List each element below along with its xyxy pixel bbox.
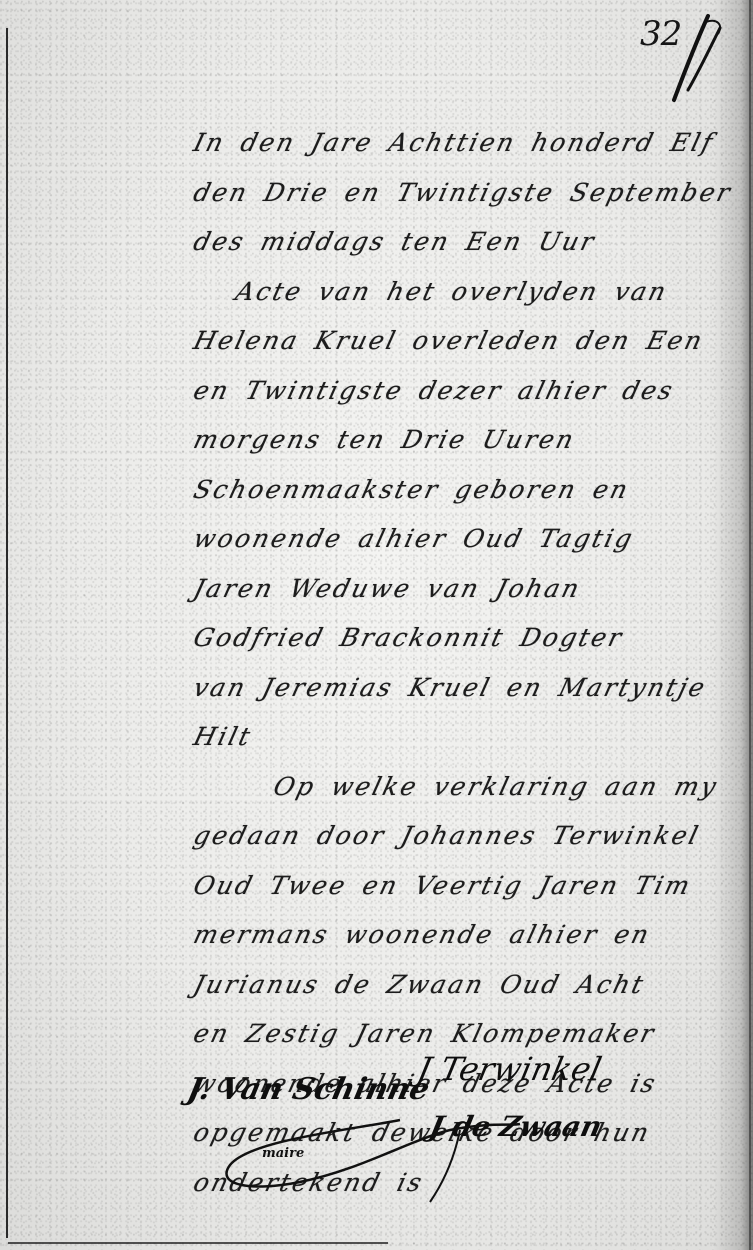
record-line: en Zestig Jaren Klompemaker [188,1009,745,1059]
record-line: Acte van het overlyden van [188,267,745,317]
record-line: Helena Kruel overleden den Een [188,316,745,366]
record-line: woonende alhier Oud Tagtig [188,514,745,564]
record-line: Schoenmaakster geboren en [188,465,745,515]
page-edge-line [749,0,751,1250]
record-line: Godfried Brackonnit Dogter [188,613,745,663]
record-line: gedaan door Johannes Terwinkel [188,811,745,861]
left-margin-line [6,28,8,1238]
record-line: morgens ten Drie Uuren [188,415,745,465]
bottom-edge-line [8,1242,388,1244]
record-line: ondertekend is [188,1158,745,1208]
record-line: Jurianus de Zwaan Oud Acht [188,960,745,1010]
record-line: en Twintigste dezer alhier des [188,366,745,416]
record-line: opgemaakt dewelke door hun [188,1108,745,1158]
record-line: den Drie en Twintigste September [188,168,745,218]
record-line: Op welke verklaring aan my [188,762,745,812]
record-line: Jaren Weduwe van Johan [188,564,745,614]
record-line: woonende alhier deze Acte is [188,1059,745,1109]
folio-flourish-icon [668,8,728,108]
record-body: In den Jare Achttien honderd Elf den Dri… [188,118,733,1207]
record-line: mermans woonende alhier en [188,910,745,960]
scanned-document-page: 32 In den Jare Achttien honderd Elf den … [0,0,753,1250]
record-line: Hilt [188,712,745,762]
record-line: Oud Twee en Veertig Jaren Tim [188,861,745,911]
record-line: des middags ten Een Uur [188,217,745,267]
record-line: van Jeremias Kruel en Martyntje [188,663,745,713]
record-line: In den Jare Achttien honderd Elf [188,118,745,168]
